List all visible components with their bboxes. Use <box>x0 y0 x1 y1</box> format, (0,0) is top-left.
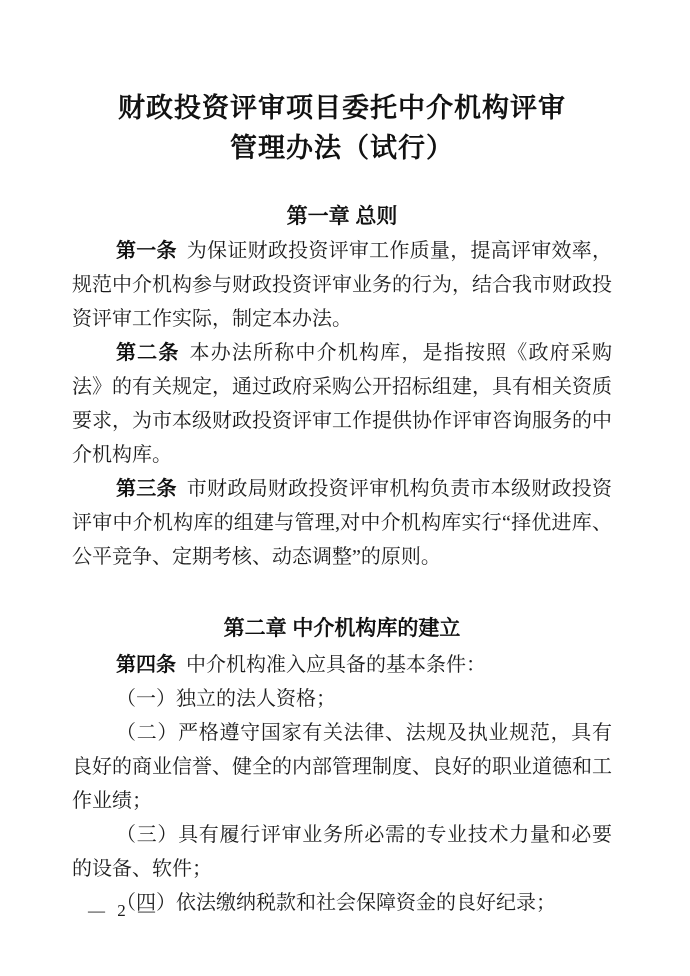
document-title-line-2: 管理办法（试行） <box>72 128 612 168</box>
document-content: 财政投资评审项目委托中介机构评审 管理办法（试行） 第一章 总则 第一条为保证财… <box>72 88 612 920</box>
document-page: 财政投资评审项目委托中介机构评审 管理办法（试行） 第一章 总则 第一条为保证财… <box>0 0 690 976</box>
chapter-2-heading: 第二章 中介机构库的建立 <box>72 614 612 644</box>
article-4-label: 第四条 <box>116 654 176 676</box>
article-3-label: 第三条 <box>116 478 177 500</box>
condition-item-1: （一）独立的法人资格； <box>72 682 612 716</box>
article-3-paragraph: 第三条市财政局财政投资评审机构负责市本级财政投资评审中介机构库的组建与管理,对中… <box>72 472 612 574</box>
article-2-paragraph: 第二条本办法所称中介机构库，是指按照《政府采购法》的有关规定，通过政府采购公开招… <box>72 336 612 472</box>
article-1-label: 第一条 <box>116 240 177 262</box>
document-title: 财政投资评审项目委托中介机构评审 管理办法（试行） <box>72 88 612 168</box>
article-4-paragraph: 第四条中介机构准入应具备的基本条件： <box>72 648 612 682</box>
chapter-1-heading: 第一章 总则 <box>72 202 612 232</box>
page-number: — 2 — <box>88 901 159 921</box>
article-4-text: 中介机构准入应具备的基本条件： <box>186 654 486 676</box>
condition-item-3: （三）具有履行评审业务所必需的专业技术力量和必要的设备、软件； <box>72 818 612 886</box>
condition-item-2: （二）严格遵守国家有关法律、法规及执业规范，具有良好的商业信誉、健全的内部管理制… <box>72 716 612 818</box>
article-2-label: 第二条 <box>116 342 180 364</box>
article-1-paragraph: 第一条为保证财政投资评审工作质量，提高评审效率，规范中介机构参与财政投资评审业务… <box>72 234 612 336</box>
document-title-line-1: 财政投资评审项目委托中介机构评审 <box>72 88 612 128</box>
